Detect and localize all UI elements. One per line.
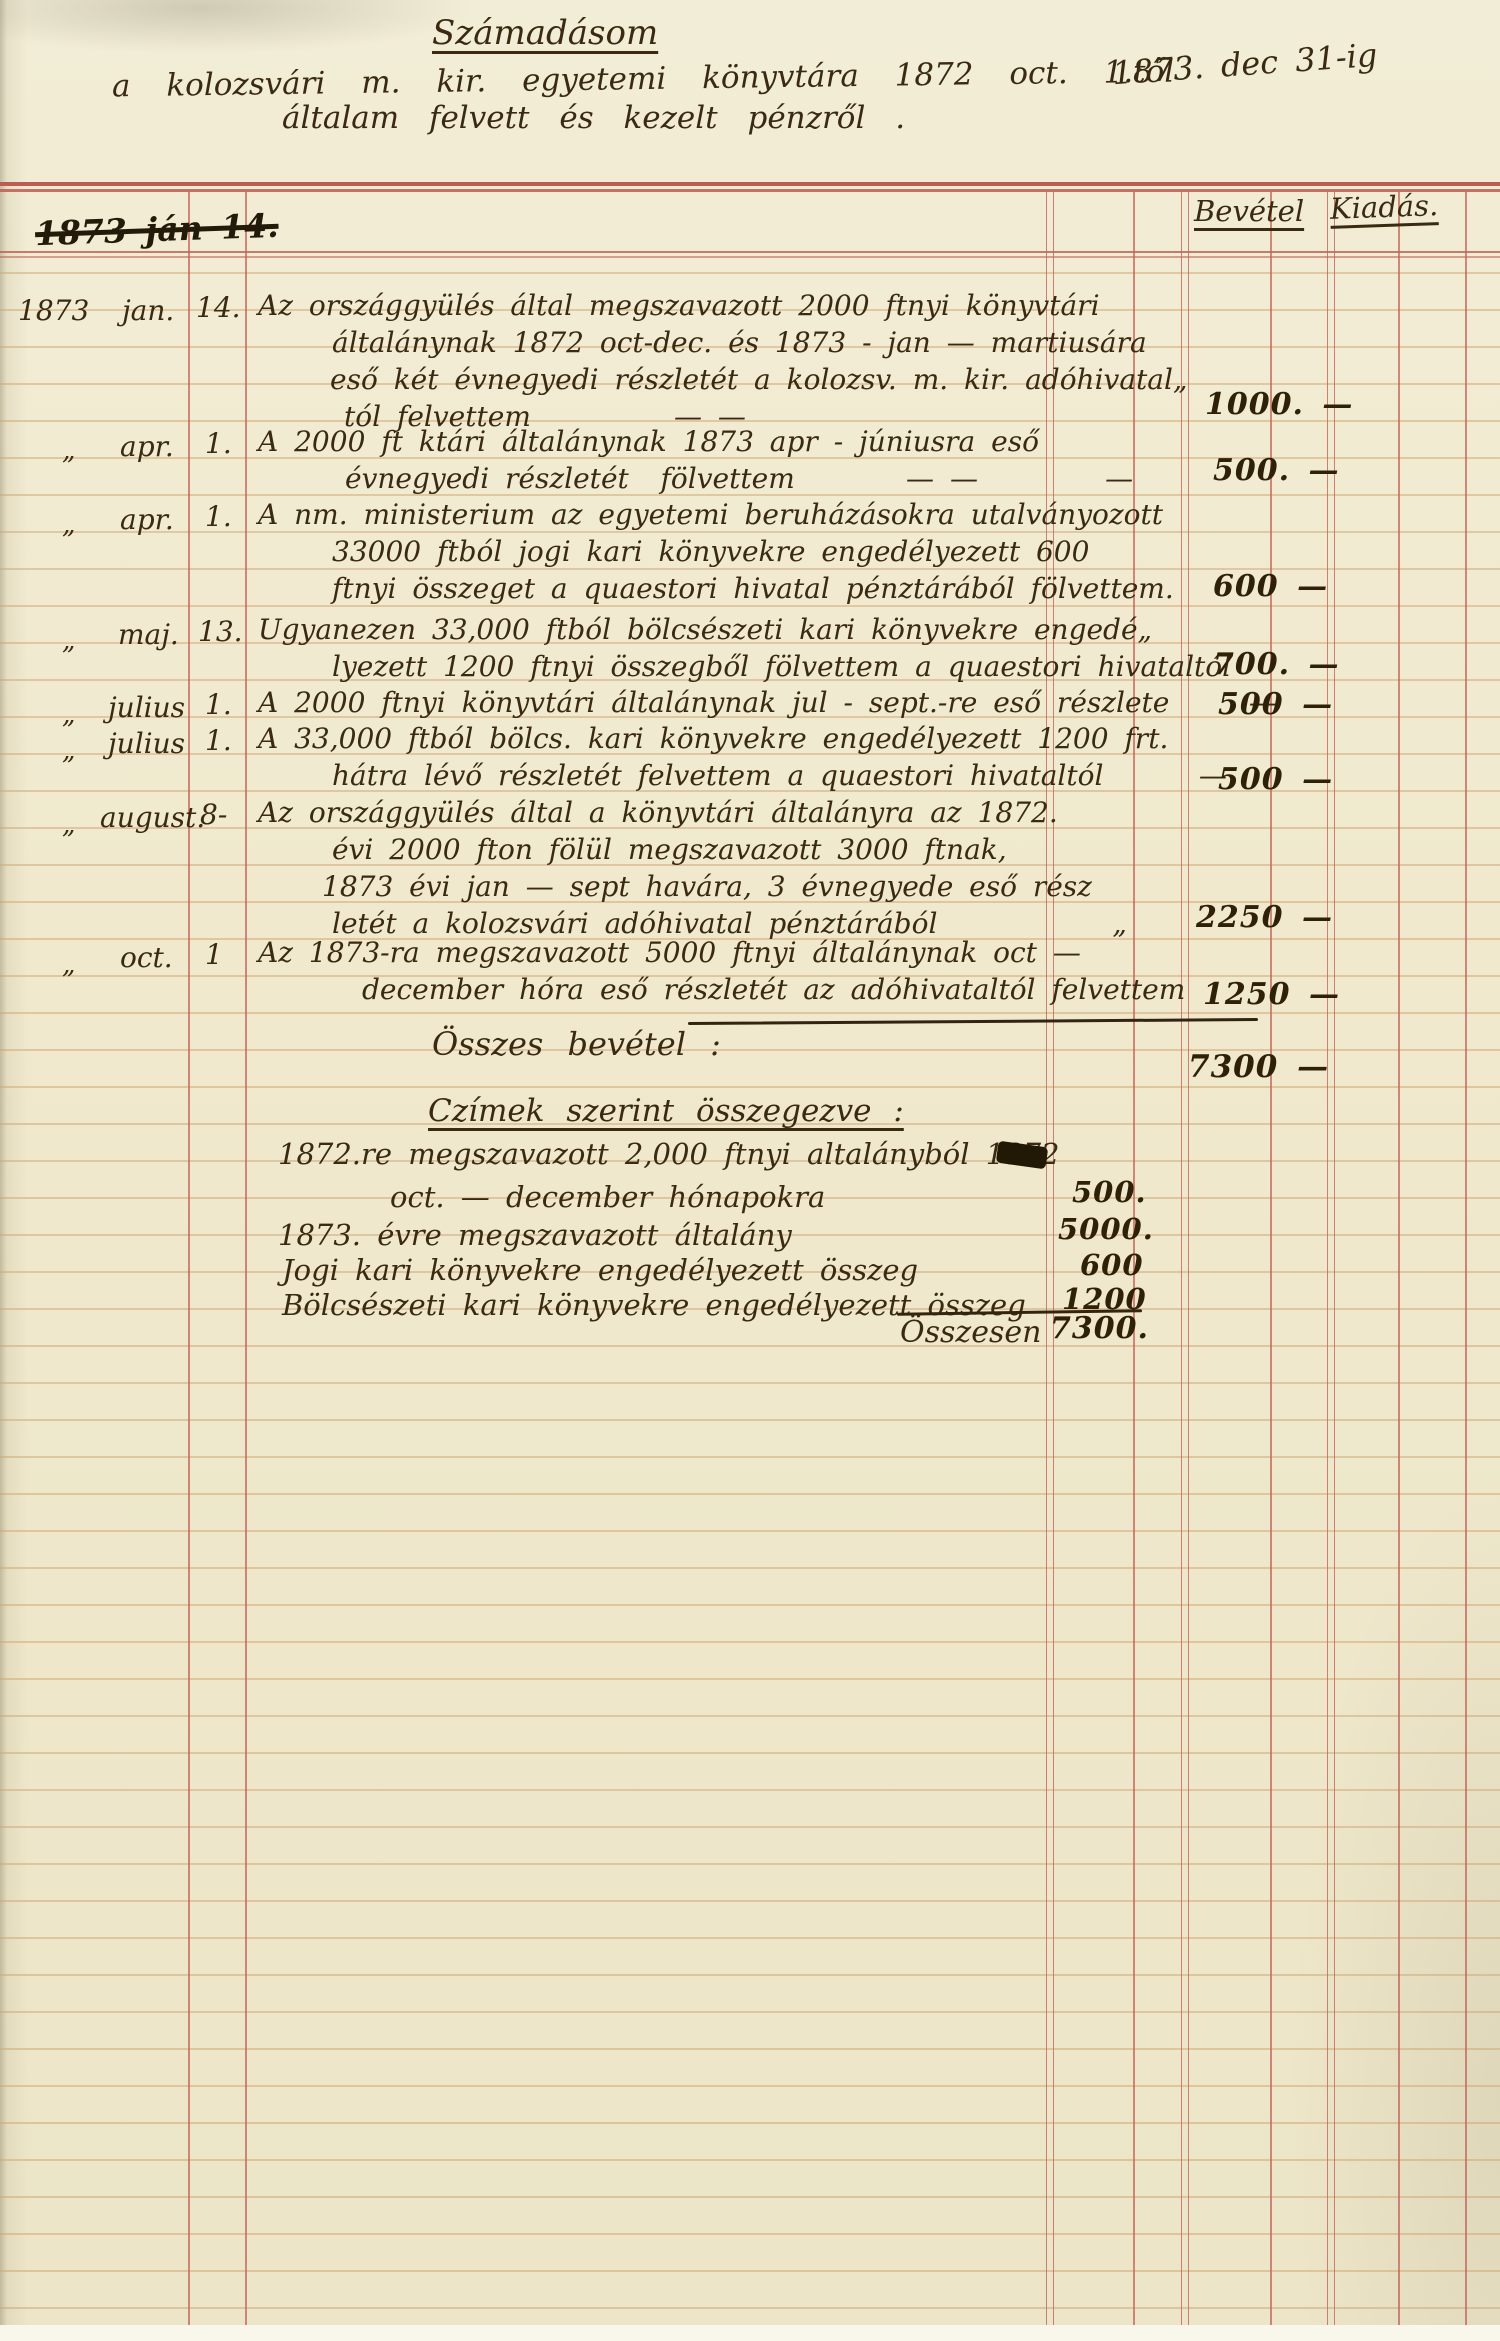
entry-7-line-3: 1873 évi jan — sept havára, 3 évnegyede …: [322, 873, 1092, 901]
summary-row-1-line-1: 1872.re megszavazott 2,000 ftnyi altalán…: [278, 1140, 1060, 1169]
entry-4-day: 13.: [198, 618, 243, 646]
crossed-out-date-note: 1873 ján 14.: [34, 209, 279, 250]
header-red-line-top-2: [0, 189, 1500, 192]
summary-row-1-amount: 500.: [1072, 1178, 1147, 1207]
entry-2-month: apr.: [120, 433, 174, 461]
summary-heading: Czímek szerint összegezve :: [428, 1096, 904, 1127]
date-column-rule: [188, 192, 190, 2325]
entry-4-line-2: lyezett 1200 ftnyi összegből fölvettem a…: [332, 653, 1231, 681]
entry-5-bevetel-amount: 500 —: [1218, 690, 1333, 720]
entry-2-ditto-mark: „: [62, 438, 75, 464]
entry-1-line-2: általánynak 1872 oct-dec. és 1873 - jan …: [332, 329, 1147, 357]
entry-6-line-2: hátra lévő részletét felvettem a quaesto…: [332, 762, 1227, 790]
entry-8-ditto-mark: „: [62, 952, 75, 978]
header-red-line-bottom-2: [0, 256, 1500, 258]
entry-8-month: oct.: [120, 944, 173, 972]
entry-4-bevetel-amount: 700. —: [1213, 650, 1340, 680]
entry-1-line-3: eső két évnegyedi részletét a kolozsv. m…: [330, 366, 1187, 394]
entry-3-line-2: 33000 ftból jogi kari könyvekre engedély…: [332, 538, 1089, 566]
page-subtitle-right: 1873. dec 31-ig: [1111, 39, 1378, 89]
entry-3-month: apr.: [120, 506, 174, 534]
header-red-line-bottom-1: [0, 251, 1500, 253]
page-bottom-edge: [0, 2325, 1500, 2341]
entry-3-line-1: A nm. ministerium az egyetemi beruházáso…: [258, 501, 1163, 529]
page-title: Számadásom: [432, 16, 658, 50]
entry-7-line-1: Az országgyülés által a könyvtári általá…: [258, 799, 1058, 827]
kiadas-double-rule: [1327, 192, 1335, 2325]
entry-5-line-1: A 2000 ftnyi könyvtári általánynak jul -…: [258, 689, 1277, 717]
right-margin-rule: [1465, 192, 1467, 2325]
entry-7-bevetel-amount: 2250 —: [1196, 903, 1333, 933]
entry-3-line-3: ftnyi összeget a quaestori hivatal pénzt…: [332, 575, 1174, 603]
entry-1-day: 14.: [196, 294, 241, 322]
column-header-kiadas: Kiadás.: [1330, 191, 1439, 224]
entry-4-ditto-mark: „: [62, 628, 75, 654]
entry-6-bevetel-amount: 500 —: [1218, 765, 1333, 795]
summary-row-2-line-1: 1873. évre megszavazott általány: [278, 1221, 792, 1250]
entry-8-day: 1: [205, 941, 223, 969]
summary-row-3-line-1: Jogi kari könyvekre engedélyezett összeg: [282, 1256, 918, 1285]
entry-5-ditto-mark: „: [62, 702, 75, 728]
summary-row-1-line-2: oct. — december hónapokra: [390, 1183, 825, 1212]
entry-7-month: august.: [100, 804, 205, 832]
entry-8-line-2: december hóra eső részletét az adóhivata…: [362, 976, 1185, 1004]
entry-3-ditto-mark: „: [62, 512, 75, 538]
entry-1-line-1: Az országgyülés által megszavazott 2000 …: [258, 292, 1100, 320]
summary-total-label: Összesen: [900, 1318, 1041, 1348]
summary-total-amount: 7300.: [1050, 1314, 1149, 1344]
entry-6-ditto-mark: „: [62, 738, 75, 764]
entry-6-month: julius: [108, 730, 185, 758]
entry-1-month: jan.: [122, 297, 174, 325]
header-red-line-top-1: [0, 182, 1500, 186]
day-column-rule: [245, 192, 247, 2325]
hand-drawn-sum-rule: [688, 1018, 1258, 1025]
bevetel-kr-rule: [1270, 192, 1272, 2325]
entry-6-line-1: A 33,000 ftból bölcs. kari könyvekre eng…: [258, 725, 1168, 753]
entry-2-line-2: évnegyedi részletét fölvettem — — —: [345, 465, 1133, 493]
entry-3-day: 1.: [205, 503, 232, 531]
entry-7-line-4: letét a kolozsvári adóhivatal pénztárábó…: [332, 910, 1127, 938]
page-subtitle-left: a kolozsvári m. kir. egyetemi könyvtára …: [112, 57, 1175, 103]
entry-2-day: 1.: [205, 430, 232, 458]
scanned-ledger-page: Számadásom a kolozsvári m. kir. egyetemi…: [0, 0, 1500, 2341]
column-header-bevetel: Bevétel: [1194, 197, 1304, 226]
summary-row-3-amount: 600: [1080, 1251, 1144, 1280]
page-subtitle-line2: általam felvett és kezelt pénzről .: [282, 103, 905, 134]
entry-2-bevetel-amount: 500. —: [1213, 456, 1340, 486]
entry-7-ditto-mark: „: [62, 812, 75, 838]
total-bevetel-label: Összes bevétel :: [432, 1028, 721, 1060]
summary-row-2-amount: 5000.: [1058, 1215, 1154, 1244]
entry-6-day: 1.: [205, 727, 232, 755]
entry-5-month: julius: [108, 694, 185, 722]
total-bevetel-amount: 7300 —: [1188, 1052, 1329, 1083]
bevetel-double-rule: [1181, 192, 1189, 2325]
entry-7-line-2: évi 2000 fton fölül megszavazott 3000 ft…: [332, 836, 1007, 864]
entry-1-year: 1873: [18, 297, 89, 325]
kiadas-kr-rule: [1398, 192, 1400, 2325]
entry-2-line-1: A 2000 ft ktári általánynak 1873 apr - j…: [258, 428, 1039, 456]
entry-8-bevetel-amount: 1250 —: [1203, 980, 1340, 1010]
entry-4-line-1: Ugyanezen 33,000 ftból bölcsészeti kari …: [258, 616, 1152, 644]
entry-5-day: 1.: [205, 691, 232, 719]
entry-7-day: 8-: [200, 801, 227, 829]
entry-3-bevetel-amount: 600 —: [1213, 572, 1328, 602]
entry-4-month: maj.: [118, 621, 179, 649]
entry-1-bevetel-amount: 1000. —: [1205, 390, 1353, 420]
entry-8-line-1: Az 1873-ra megszavazott 5000 ftnyi által…: [258, 939, 1081, 967]
